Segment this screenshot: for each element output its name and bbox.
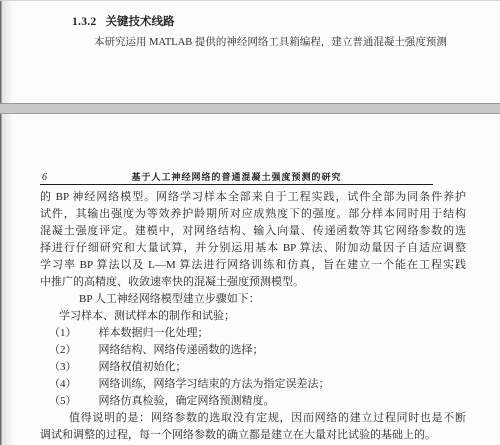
steps-intro-line: BP 人工神经网络模型建立步骤如下： <box>40 291 466 308</box>
list-item-number: （5） <box>49 395 77 407</box>
page1-paragraph-line: 本研究运用 MATLAB 提供的神经网络工具箱编程，建立普通混凝土强度预测 <box>0 36 500 50</box>
page-number: 6 <box>42 172 47 183</box>
steps-lead-line: 学习样本、测试样本的制作和试验； <box>40 308 466 325</box>
section-number: 1.3.2 <box>72 16 97 28</box>
text-line: 择进行仔细研究和大量试算，并分别运用基本 BP 算法、附加动量因子自适应调整 <box>40 240 466 257</box>
running-title: 基于人工神经网络的普通混凝土强度预测的研究 <box>131 170 341 183</box>
text-line: 调试和调整的过程，每一个网络参数的确立都是建立在大量对比试验的基础上的。 <box>40 427 466 444</box>
list-item-number: （1） <box>49 327 77 339</box>
page-gap <box>0 104 500 113</box>
list-item-number: （3） <box>49 361 77 373</box>
section-title: 关键技术线路 <box>106 16 175 28</box>
page-header: 6 基于人工神经网络的普通混凝土强度预测的研究 <box>40 171 433 185</box>
text-line: 的 BP 神经网络模型。网络学习样本全部来自于工程实践，试件全部为同条件养护 <box>40 189 466 206</box>
list-item-text: 网络结构、网络传递函数的选择； <box>99 344 264 356</box>
list-item: （1）样本数据归一化处理； <box>40 325 466 342</box>
list-item-number: （4） <box>49 378 77 390</box>
list-item-number: （2） <box>49 344 77 356</box>
list-item: （3）网络权值初始化； <box>40 359 466 376</box>
list-item-text: 网络仿真检验，确定网络预测精度。 <box>99 395 275 407</box>
section-heading: 1.3.2关键技术线路 <box>0 1 500 30</box>
list-item: （4）网络训练，网络学习结束的方法为指定误差法； <box>40 376 466 393</box>
text-line: 值得说明的是：网络参数的选取没有定规，因而网络的建立过程同时也是不断 <box>40 410 466 427</box>
text-line: 中推广的高精度、收敛速率快的混凝土强度预测模型。 <box>40 274 466 291</box>
text-line: 试件，其输出强度为等效养护龄期所对应成熟度下的强度。部分样本同时用于结构 <box>40 206 466 223</box>
list-item: （5）网络仿真检验，确定网络预测精度。 <box>40 393 466 410</box>
text-line: 学习率 BP 算法以及 L—M 算法进行网络训练和仿真，旨在建立一个能在工程实践 <box>40 257 466 274</box>
page-2: 6 基于人工神经网络的普通混凝土强度预测的研究 的 BP 神经网络模型。网络学习… <box>0 113 500 445</box>
text-line: 混凝土强度评定。建模中，对网络结构、输入向量、传递函数等其它网络参数的选 <box>40 223 466 240</box>
list-item: （2）网络结构、网络传递函数的选择； <box>40 342 466 359</box>
list-item-text: 样本数据归一化处理； <box>99 327 209 339</box>
list-item-text: 网络训练，网络学习结束的方法为指定误差法； <box>99 378 330 390</box>
list-item-text: 网络权值初始化； <box>99 361 187 373</box>
body-text: 的 BP 神经网络模型。网络学习样本全部来自于工程实践，试件全部为同条件养护 试… <box>40 189 466 444</box>
page-1: 1.3.2关键技术线路 本研究运用 MATLAB 提供的神经网络工具箱编程，建立… <box>0 0 500 104</box>
